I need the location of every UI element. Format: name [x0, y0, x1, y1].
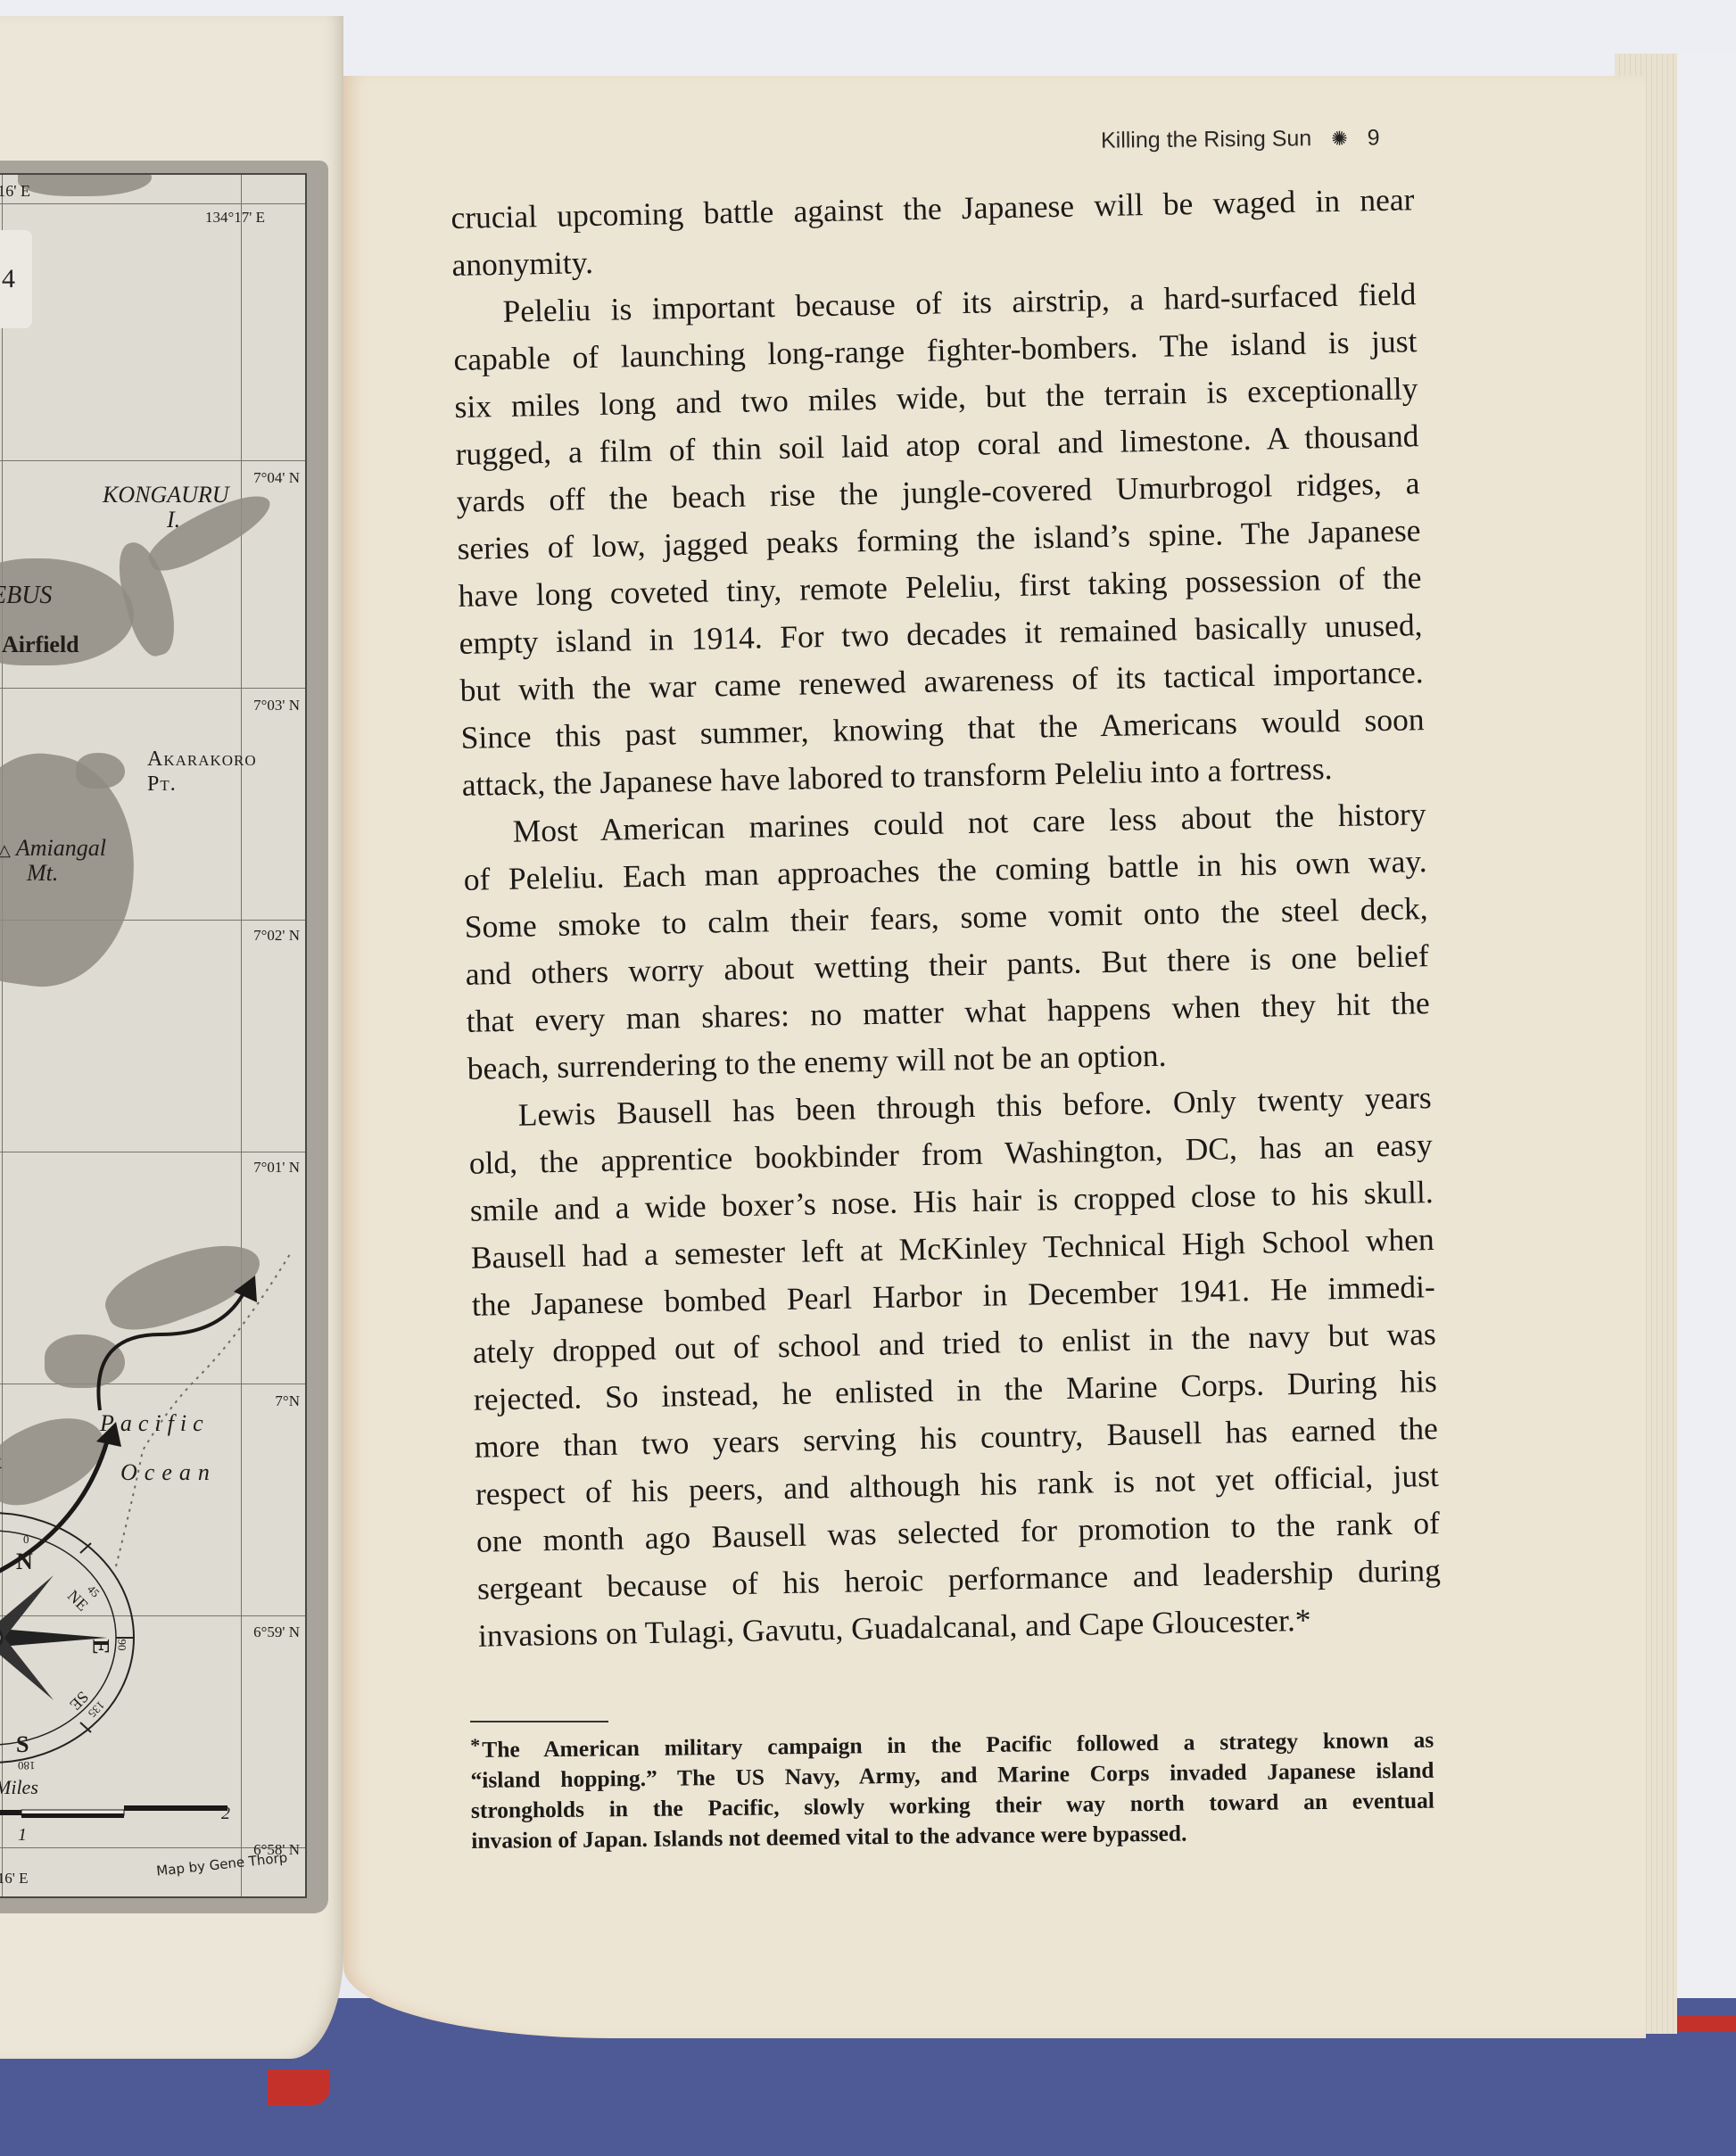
- map-credit: Map by Gene Thorp: [155, 1849, 288, 1879]
- compass-east: E: [87, 1639, 114, 1654]
- page-number: 9: [1368, 125, 1380, 151]
- land-peleliu-north: [0, 743, 149, 997]
- map-parallel: [0, 688, 305, 689]
- label-akarakoro-point: Pt.: [147, 772, 177, 797]
- page-index-tab: 4: [0, 230, 32, 328]
- footnote-divider: [470, 1721, 608, 1722]
- latitude-label-7-02: 7°02' N: [253, 927, 300, 945]
- footnote-marker: *: [470, 1734, 480, 1756]
- left-page: °16' E 134°17' E 7°04' N 7°03' N 7°02' N…: [0, 16, 343, 2059]
- map-meridian: [241, 175, 242, 1896]
- scale-tick-2: 2: [221, 1804, 230, 1824]
- map-parallel: [0, 1152, 305, 1152]
- latitude-label-6-59: 6°59' N: [253, 1623, 300, 1641]
- footnote: *The American military campaign in the P…: [470, 1721, 1434, 1856]
- label-pacific: Pacific: [100, 1410, 210, 1437]
- latitude-label-7-01: 7°01' N: [253, 1159, 300, 1177]
- land-top-strip: [18, 173, 152, 196]
- book-cover-edge-left: [268, 2069, 330, 2105]
- map-parallel: [0, 460, 305, 461]
- label-ngebus: EBUS: [0, 582, 52, 610]
- latitude-label-7-04: 7°04' N: [253, 469, 300, 487]
- scale-tick-1: 1: [18, 1825, 27, 1846]
- map-frame: °16' E 134°17' E 7°04' N 7°03' N 7°02' N…: [0, 161, 328, 1913]
- label-partial-k: k: [0, 1450, 2, 1475]
- compass-deg-90: 90: [115, 1640, 129, 1651]
- latitude-label-7-00: 7°N: [275, 1392, 300, 1410]
- label-kongauru-island: I.: [167, 507, 180, 533]
- compass-north: N: [16, 1549, 33, 1575]
- sunburst-ornament-icon: ✺: [1331, 127, 1348, 150]
- compass-south: S: [16, 1731, 29, 1758]
- background-table-right: [1668, 54, 1736, 2016]
- mountain-triangle-icon: △: [0, 841, 11, 859]
- longitude-label-top-right: 134°17' E: [205, 209, 265, 227]
- latitude-label-7-03: 7°03' N: [253, 697, 300, 715]
- label-amiangal-text: Amiangal: [16, 835, 106, 861]
- label-airfield: Airfield: [2, 632, 79, 658]
- map: °16' E 134°17' E 7°04' N 7°03' N 7°02' N…: [0, 173, 307, 1898]
- longitude-label-bottom-left: °16' E: [0, 1870, 29, 1888]
- land-akarakoro-point: [76, 753, 125, 789]
- map-parallel: [0, 203, 305, 204]
- book-title: Killing the Rising Sun: [1101, 126, 1312, 153]
- label-amiangal-mt: Mt.: [27, 860, 58, 887]
- compass-deg-180: 180: [18, 1758, 36, 1772]
- scale-bar-icon: [0, 1803, 232, 1821]
- scale-label-miles: Miles: [0, 1776, 38, 1799]
- label-amiangal: △ Amiangal: [0, 835, 106, 862]
- compass-deg-0: 0: [23, 1532, 29, 1547]
- running-head: Killing the Rising Sun ✺ 9: [1101, 125, 1380, 153]
- label-ocean: Ocean: [120, 1459, 217, 1486]
- label-kongauru: KONGAURU: [103, 482, 229, 508]
- body-text: crucial upcoming battle against the Japa…: [451, 176, 1442, 1659]
- longitude-label-top-left: °16' E: [0, 182, 30, 201]
- label-akarakoro: Akarakoro: [147, 748, 257, 772]
